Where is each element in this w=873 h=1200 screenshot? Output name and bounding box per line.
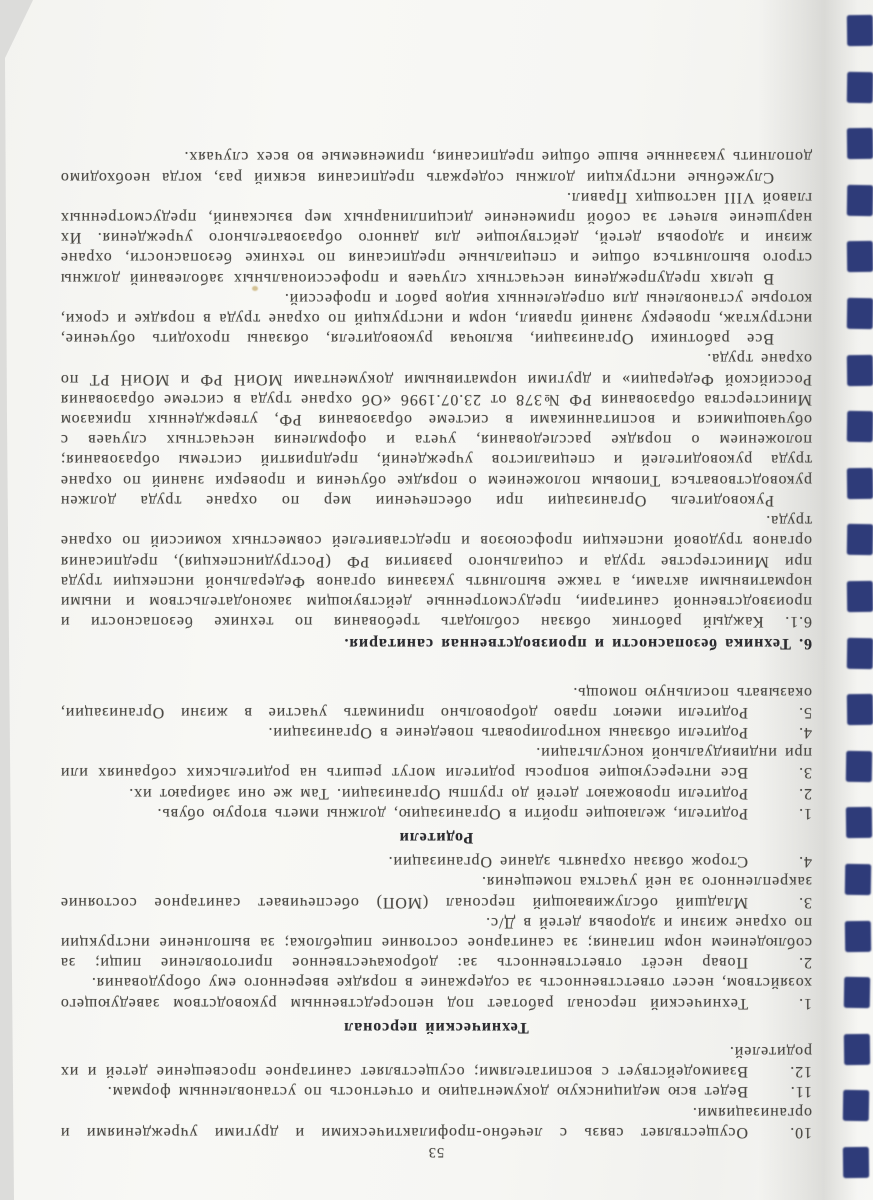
binding-tooth xyxy=(847,637,873,668)
item-text: Родители, желающие пройти в Организацию,… xyxy=(157,805,748,822)
list-item: 1.Родители, желающие пройти в Организаци… xyxy=(60,803,812,823)
item-text: Родители провожают детей до группы Орган… xyxy=(128,785,748,802)
binding-tooth xyxy=(846,694,872,725)
item-text: Младший обслуживающий персонал (МОП) обе… xyxy=(60,873,812,910)
binding-tooth xyxy=(843,1090,869,1121)
paragraph-6-1: 6.1. Каждый работник обязан соблюдать тр… xyxy=(60,510,812,631)
list-item: 4.Сторож обязан охранять здание Организа… xyxy=(60,851,812,871)
item-text: Технический персонал работает под непоср… xyxy=(60,974,812,1011)
list-item: 4.Родители обязаны контролировать поведе… xyxy=(60,722,812,742)
binding-tooth xyxy=(847,468,873,499)
item-number: 4. xyxy=(748,851,812,871)
list-item: 2.Повар несёт ответственность за: доброк… xyxy=(60,912,812,973)
item-text: Повар несёт ответственность за: доброкач… xyxy=(60,914,812,971)
binding-tooth xyxy=(847,185,873,216)
item-text: Родители обязаны контролировать поведени… xyxy=(268,724,748,741)
page-number: 53 xyxy=(60,1142,812,1162)
list-item: 2.Родители провожают детей до группы Орг… xyxy=(60,782,812,802)
item-text: Взаимодействует с воспитателями; осущест… xyxy=(60,1043,812,1080)
item-number: 2. xyxy=(748,952,812,972)
item-text: Родители имеют право добровольно принима… xyxy=(60,684,812,721)
item-text: Осуществляет связь с лечебно-профилактич… xyxy=(60,1104,812,1141)
binding-tooth xyxy=(847,128,873,159)
binding-tooth xyxy=(842,1147,868,1178)
binding-tooth xyxy=(847,411,873,442)
paragraph-all-workers: Все работники Организации, включая руков… xyxy=(60,288,812,349)
scanned-document-page: 53 10.Осуществляет связь с лечебно-профи… xyxy=(0,0,873,1200)
binding-tooth xyxy=(845,807,871,838)
list-item: 3.Все интересующие вопросы родители могу… xyxy=(60,742,812,782)
section-heading-safety: 6. Техника безопасности и производственн… xyxy=(60,633,812,653)
binding-tooth xyxy=(843,1034,869,1065)
list-item-11: 11.Ведет всю медицинскую документацию и … xyxy=(60,1081,812,1101)
item-number: 5. xyxy=(748,702,812,722)
binding-tooth xyxy=(845,864,871,895)
paragraph-director-duties: Руководитель Организации при обеспечении… xyxy=(60,348,812,510)
binding-tooth xyxy=(847,581,873,612)
item-number: 3. xyxy=(748,762,812,782)
comb-binding xyxy=(833,0,873,1200)
page-content-upside-down: 53 10.Осуществляет связь с лечебно-профи… xyxy=(60,92,812,1162)
binding-tooth xyxy=(844,977,870,1008)
binding-tooth xyxy=(846,751,872,782)
item-number: 12. xyxy=(748,1061,812,1081)
item-number: 1. xyxy=(748,803,812,823)
item-number: 11. xyxy=(748,1081,812,1101)
item-number: 3. xyxy=(748,891,812,911)
paragraph-accident-prevention: В целях предупреждения несчастных случае… xyxy=(60,187,812,288)
paragraph-service-instructions: Служебные инструкции должны содержать пр… xyxy=(60,146,812,186)
section-heading-parents: Родители xyxy=(60,827,812,847)
list-item-10: 10.Осуществляет связь с лечебно-профилак… xyxy=(60,1101,812,1141)
list-item: 3.Младший обслуживающий персонал (МОП) о… xyxy=(60,871,812,911)
item-number: 4. xyxy=(748,722,812,742)
binding-tooth xyxy=(847,298,873,329)
section-heading-technical-staff: Технический персонал xyxy=(60,1017,812,1037)
item-number: 2. xyxy=(748,782,812,802)
binding-tooth xyxy=(847,524,873,555)
binding-tooth xyxy=(847,15,873,46)
list-item: 5.Родители имеют право добровольно прини… xyxy=(60,681,812,721)
item-text: Сторож обязан охранять здание Организаци… xyxy=(388,853,748,870)
binding-tooth xyxy=(847,71,873,102)
binding-tooth xyxy=(847,241,873,272)
list-item: 1.Технический персонал работает под непо… xyxy=(60,972,812,1012)
binding-tooth xyxy=(847,354,873,385)
item-text: Ведет всю медицинскую документацию и отч… xyxy=(107,1083,748,1100)
item-number: 10. xyxy=(748,1122,812,1142)
item-text: Все интересующие вопросы родители могут … xyxy=(60,744,812,781)
binding-tooth xyxy=(844,920,870,951)
list-item-12: 12.Взаимодействует с воспитателями; осущ… xyxy=(60,1041,812,1081)
item-number: 1. xyxy=(748,992,812,1012)
